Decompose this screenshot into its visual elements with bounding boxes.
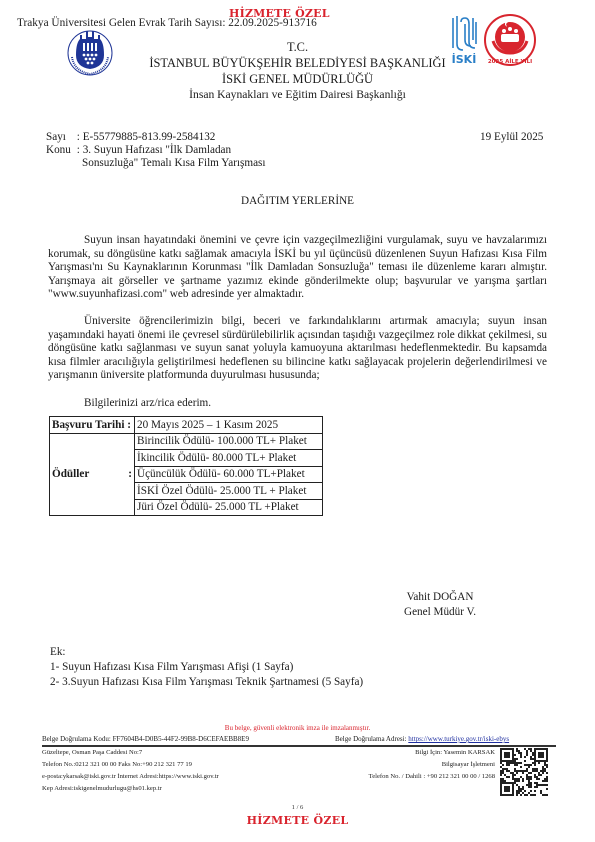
table-row: Başvuru Tarihi : 20 Mayıs 2025 – 1 Kasım… <box>50 417 323 434</box>
attachment-item: 1- Suyun Hafızası Kısa Film Yarışması Af… <box>50 661 293 673</box>
header-department: İnsan Kaynakları ve Eğitim Dairesi Başka… <box>0 88 595 101</box>
attachment-item: 2- 3.Suyun Hafızası Kısa Film Yarışması … <box>50 676 363 688</box>
application-date-label: Başvuru Tarihi : <box>50 417 135 434</box>
body-paragraph-2: Üniversite öğrencilerimizin bilgi, becer… <box>48 315 547 383</box>
distribution-heading: DAĞITIM YERLERİNE <box>0 195 595 207</box>
konu-label: Konu <box>46 144 74 156</box>
award-item: Birincilik Ödülü- 100.000 TL+ Plaket <box>135 433 323 450</box>
sayi-label: Sayı <box>46 131 74 143</box>
verification-link[interactable]: https://www.turkiye.gov.tr/iski-ebys <box>408 735 509 743</box>
awards-label: Ödüller: <box>50 433 135 516</box>
verification-address: Belge Doğrulama Adresi: https://www.turk… <box>335 735 509 743</box>
award-item: İSKİ Özel Ödülü- 25.000 TL + Plaket <box>135 483 323 500</box>
closing-line: Bilgilerinizi arz/rica ederim. <box>84 397 211 409</box>
verification-code: Belge Doğrulama Kodu: FF7604B4-D0B5-44F2… <box>42 735 249 743</box>
footer-address: Güzeltepe, Osman Paşa Caddesi No:7 <box>42 747 219 759</box>
sayi-value: : E-55779885-813.99-2584132 <box>77 131 216 143</box>
body-paragraph-1: Suyun insan hayatındaki önemini ve çevre… <box>48 234 547 302</box>
header-tc: T.C. <box>0 40 595 55</box>
contact-unit: Bilgisayar İşletmeni <box>330 759 495 771</box>
document-date: 19 Eylül 2025 <box>480 131 543 143</box>
sayi-row: Sayı : E-55779885-813.99-2584132 <box>46 131 215 143</box>
signer-name: Vahit DOĞAN <box>380 590 500 605</box>
konu-value-line2: Sonsuzluğa" Temalı Kısa Film Yarışması <box>82 157 266 169</box>
contact-phone: Telefon No. / Dahili : +90 212 321 00 00… <box>330 771 495 783</box>
competition-info-table: Başvuru Tarihi : 20 Mayıs 2025 – 1 Kasım… <box>49 416 323 516</box>
header-institution: İSTANBUL BÜYÜKŞEHİR BELEDİYESİ BAŞKANLIĞ… <box>0 56 595 71</box>
application-date-value: 20 Mayıs 2025 – 1 Kasım 2025 <box>135 417 323 434</box>
esign-notice: Bu belge, güvenli elektronik imza ile im… <box>0 724 595 732</box>
qr-code-icon <box>500 748 548 796</box>
signer-title: Genel Müdür V. <box>380 605 500 620</box>
table-row: Ödüller: Birincilik Ödülü- 100.000 TL+ P… <box>50 433 323 450</box>
footer-kep: Kep Adresi:iskigenelmudurlugu@hs01.kep.t… <box>42 783 219 795</box>
footer-contact-right: Bilgi İçin: Yasemin KARSAK Bilgisayar İş… <box>330 747 495 783</box>
award-item: Üçüncülük Ödülü- 60.000 TL+Plaket <box>135 466 323 483</box>
classification-label-top: HİZMETE ÖZEL <box>229 7 330 20</box>
attachments-label: Ek: <box>50 646 66 658</box>
award-item: Jüri Özel Ödülü- 25.000 TL +Plaket <box>135 499 323 516</box>
konu-value-line1: : 3. Suyun Hafızası "İlk Damladan <box>77 144 231 156</box>
footer-phone-fax: Telefon No.:0212 321 00 00 Faks No:+90 2… <box>42 759 219 771</box>
footer-contact-left: Güzeltepe, Osman Paşa Caddesi No:7 Telef… <box>42 747 219 795</box>
verification-address-label: Belge Doğrulama Adresi: <box>335 735 407 743</box>
page-number: 1 / 6 <box>0 804 595 811</box>
classification-label-bottom: HİZMETE ÖZEL <box>0 814 595 827</box>
header-directorate: İSKİ GENEL MÜDÜRLÜĞÜ <box>0 72 595 87</box>
contact-person: Bilgi İçin: Yasemin KARSAK <box>330 747 495 759</box>
footer-email-web: e-posta:ykarsak@iski.gov.tr İnternet Adr… <box>42 771 219 783</box>
konu-row: Konu : 3. Suyun Hafızası "İlk Damladan <box>46 144 231 156</box>
award-item: İkincilik Ödülü- 80.000 TL+ Plaket <box>135 450 323 467</box>
